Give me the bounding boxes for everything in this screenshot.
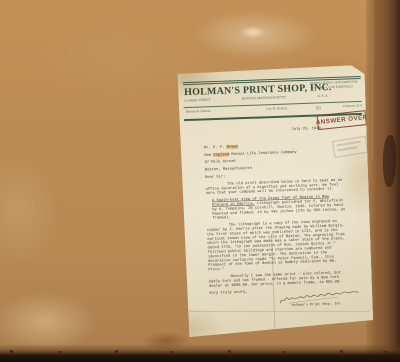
slogan-line-2: YOUR WALLS OR PORTFOLIO xyxy=(310,84,366,90)
paragraph-1: The old print described below is hard to… xyxy=(205,178,346,196)
recipient-company-highlight: England xyxy=(213,152,229,157)
letterhead-country: U. S. A. xyxy=(317,94,328,98)
letterhead-phone: LAfayette 3171 xyxy=(343,104,363,108)
letterhead-city: BOSTON, MASSACHUSETTS xyxy=(242,96,286,101)
recipient-address-block: Mr. E. F. Brown New England Mutual Life … xyxy=(204,141,346,172)
letter-paper: HOLMAN'S PRINT SHOP, INC. PRINTS OF FIVE… xyxy=(177,65,373,337)
recipient-company-pre: New xyxy=(204,153,213,157)
recipient-name-pre: Mr. E. F. xyxy=(204,145,227,150)
nail-holes xyxy=(10,350,13,353)
board-dark-knot xyxy=(383,135,396,187)
letter-date: July 25, 1940 xyxy=(291,126,344,132)
recipient-company-post: Mutual Life Insurance Company xyxy=(229,150,297,156)
proprietor-name-left: Richard B. Holman xyxy=(186,109,211,113)
proprietor-name-center: Lois M. Holman xyxy=(266,107,287,111)
pencil-mark: 50 xyxy=(316,106,321,111)
letter-body: July 25, 1940 Mr. E. F. Brown New Englan… xyxy=(203,126,350,312)
letterhead-slogan: PRINTS OF FIVE CENTURIES FOR YOUR WALLS … xyxy=(310,80,366,91)
paragraph-item: A South-East View of the Great Town of B… xyxy=(212,194,348,221)
paragraph-4: Recently I saw the same print - also col… xyxy=(209,270,350,288)
answer-over-stamp-text: ANSWER OVER xyxy=(316,114,368,126)
signature-block: Holman's Print Shop, Inc. xyxy=(268,292,350,310)
photo-bottom-edge xyxy=(0,344,400,362)
letterhead-street: 5a PARK STREET xyxy=(184,98,210,102)
paragraph-3: The lithograph is a copy of the view eng… xyxy=(207,219,350,272)
photo-of-letter-on-backing-board: HOLMAN'S PRINT SHOP, INC. PRINTS OF FIVE… xyxy=(0,0,400,362)
signature-typed-company: Holman's Print Shop, Inc. xyxy=(292,302,343,308)
recipient-name-highlight: Brown xyxy=(227,145,238,149)
paper-crease-diagonal xyxy=(190,311,370,312)
